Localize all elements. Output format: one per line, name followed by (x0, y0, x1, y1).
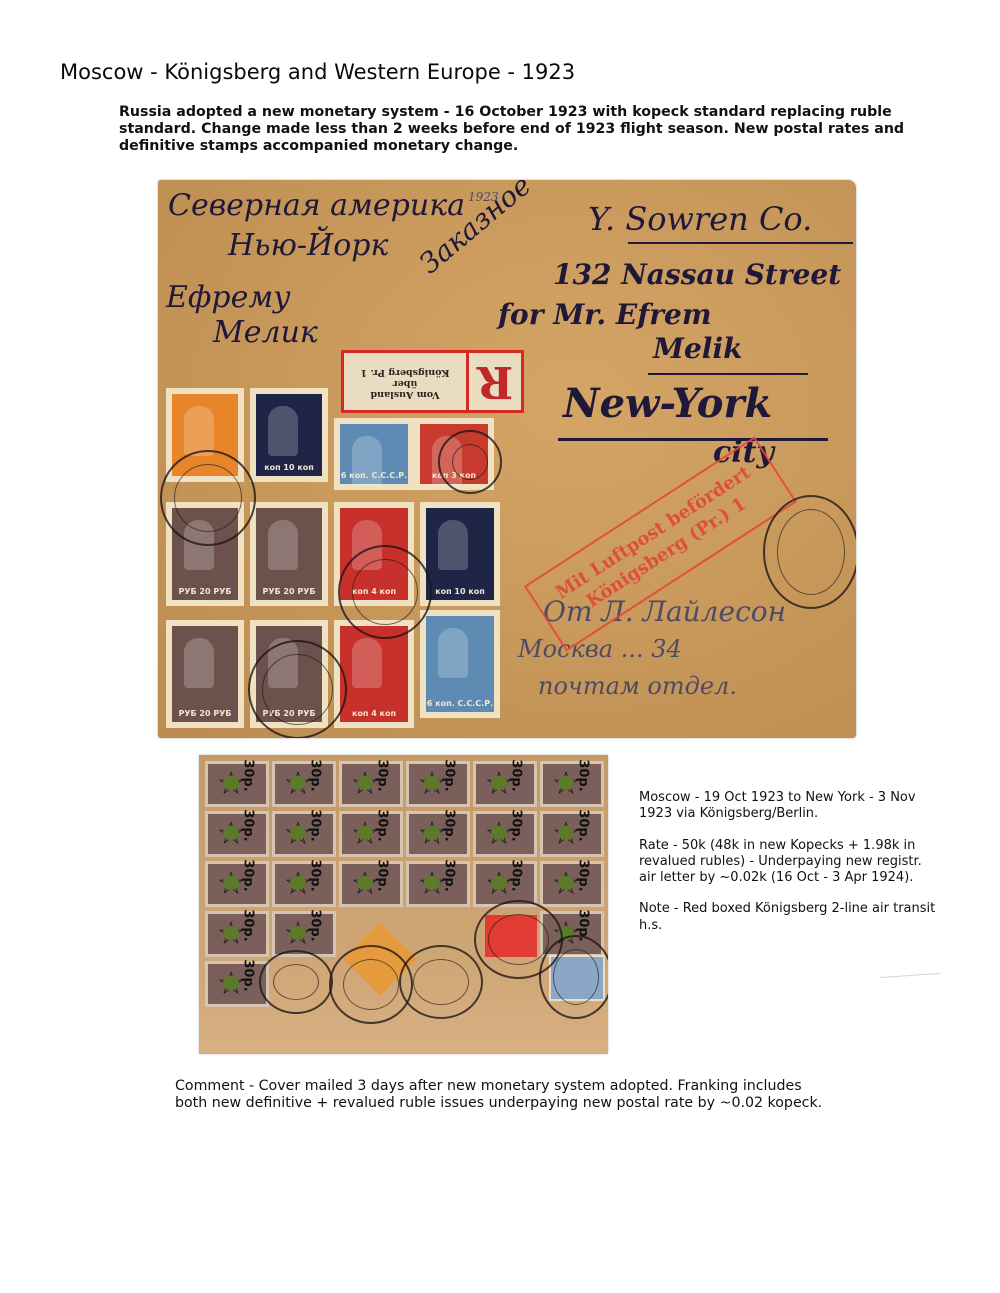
pencil-note: 1923 (468, 190, 499, 204)
sender-line: почтам отдел. (538, 672, 737, 700)
note-rate: Rate - 50k (48k in new Kopecks + 1.98k i… (639, 838, 939, 887)
overprinted-stamp: ☆30р. (540, 811, 604, 857)
postage-stamp: РУБ 20 РУБ (250, 502, 328, 606)
cover-back-image: ☆30р.☆30р.☆30р.☆30р.☆30р.☆30р.☆30р.☆30р.… (199, 755, 608, 1054)
handstamp-line: Mit Luftpost befördert (533, 449, 773, 617)
overprinted-stamp: ☆30р. (339, 861, 403, 907)
registration-letter: R (466, 353, 521, 410)
intro-paragraph: Russia adopted a new monetary system - 1… (119, 104, 909, 155)
postmark (399, 945, 483, 1019)
overprinted-stamp: ☆30р. (540, 861, 604, 907)
postage-stamp: 6 коп. С.С.С.Р. (420, 610, 500, 718)
address-line: Северная америка (168, 188, 465, 223)
overprinted-stamp: ☆30р. (205, 761, 269, 807)
cover-notes: Moscow - 19 Oct 1923 to New York - 3 Nov… (639, 790, 939, 949)
overprinted-stamp: ☆30р. (540, 761, 604, 807)
underline (628, 242, 853, 244)
comment-paragraph: Comment - Cover mailed 3 days after new … (175, 1078, 835, 1112)
overprinted-stamp: ☆30р. (339, 761, 403, 807)
postage-stamp: РУБ 20 РУБ (166, 620, 244, 728)
cover-front-image: Северная америка Нью-Йорк Ефрему Мелик З… (158, 180, 856, 738)
label-line: Vom Ausland (344, 389, 466, 400)
label-line: Königsberg Pr. 1 (344, 367, 466, 378)
address-line: Melik (653, 332, 742, 365)
overprinted-stamp: ☆30р. (473, 811, 537, 857)
address-line: Нью-Йорк (228, 228, 388, 263)
address-line: Y. Sowren Co. (588, 200, 812, 238)
postage-stamp: коп 10 коп (250, 388, 328, 482)
overprinted-stamp: ☆30р. (205, 911, 269, 957)
stray-mark (880, 973, 940, 978)
note-handstamp: Note - Red boxed Königsberg 2-line air t… (639, 901, 939, 934)
overprinted-stamp: ☆30р. (272, 811, 336, 857)
note-route: Moscow - 19 Oct 1923 to New York - 3 Nov… (639, 790, 939, 823)
sender-line: Москва ... 34 (518, 635, 682, 663)
overprinted-stamp: ☆30р. (406, 761, 470, 807)
postmark (160, 450, 256, 546)
overprinted-stamp: ☆30р. (205, 811, 269, 857)
postmark (763, 495, 856, 609)
postmark (259, 950, 333, 1014)
address-line: for Mr. Efrem (498, 298, 711, 331)
postmark (438, 430, 502, 494)
postmark (338, 545, 432, 639)
registration-label: R Vom Ausland über Königsberg Pr. 1 (341, 350, 524, 413)
postage-stamp: коп 10 коп (420, 502, 500, 606)
postmark (248, 640, 347, 738)
underline (558, 438, 828, 441)
overprinted-stamp: ☆30р. (473, 761, 537, 807)
postage-stamp: 6 коп. С.С.С.Р. (334, 418, 414, 490)
overprinted-stamp: ☆30р. (272, 761, 336, 807)
overprinted-stamp: ☆30р. (339, 811, 403, 857)
postmark (539, 935, 608, 1019)
overprinted-stamp: ☆30р. (406, 861, 470, 907)
overprinted-stamp: ☆30р. (406, 811, 470, 857)
overprinted-stamp: ☆30р. (205, 861, 269, 907)
address-line: New-York (563, 380, 772, 427)
address-line: 132 Nassau Street (553, 258, 841, 291)
label-line: über (344, 378, 466, 389)
page-title: Moscow - Königsberg and Western Europe -… (60, 60, 575, 84)
address-line: Ефрему (166, 280, 291, 315)
overprinted-stamp: ☆30р. (272, 861, 336, 907)
underline (648, 373, 808, 375)
address-line: Мелик (213, 315, 318, 350)
